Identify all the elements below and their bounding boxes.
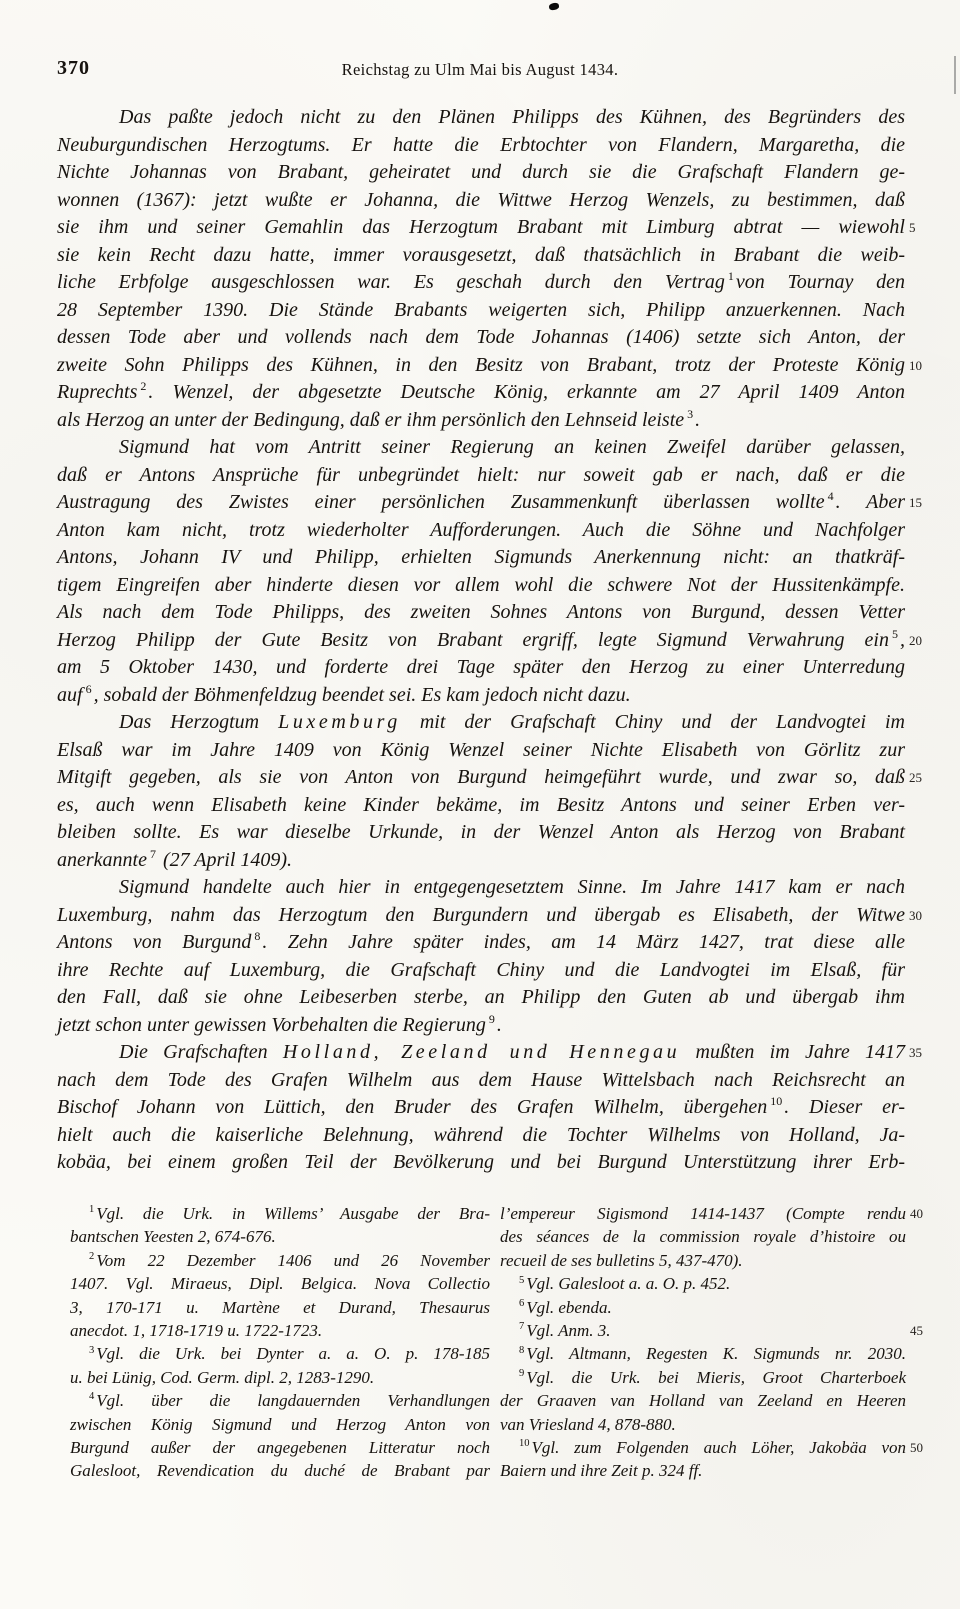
text-segment: . Wenzel, der abgesetzte Deutsche König,… <box>148 381 905 403</box>
footnote-ref: 3 <box>687 407 693 421</box>
text-segment: daß er Antons Ansprüche für unbegründet … <box>57 464 905 486</box>
text-segment: tigem Eingreifen aber hinderte diesen vo… <box>57 574 905 596</box>
text-segment: Burgund außer der angegebenen Litteratur… <box>70 1438 490 1457</box>
footnote-line: recueil de ses bulletins 5, 437-470). <box>500 1249 906 1272</box>
footnote-line: 1407. Vgl. Miraeus, Dipl. Belgica. Nova … <box>70 1272 490 1295</box>
margin-line-number: 40 <box>910 1202 950 1225</box>
footnote-ref: 4 <box>828 489 834 503</box>
text-segment: Bischof Johann von Lüttich, den Bruder d… <box>57 1096 767 1118</box>
footnotes: 1Vgl. die Urk. in Willems’ Ausgabe der B… <box>70 1202 906 1483</box>
text-segment: Als nach dem Tode Philipps, des zweiten … <box>57 601 905 623</box>
margin-line-number: 10 <box>909 352 951 380</box>
text-segment: Ruprechts <box>57 381 137 403</box>
body-text-line: Die Grafschaften Holland, Zeeland und He… <box>57 1039 905 1067</box>
running-title: Reichstag zu Ulm Mai bis August 1434. <box>0 60 960 80</box>
text-segment: Vgl. die Urk. in Willems’ Ausgabe der Br… <box>96 1204 490 1223</box>
body-text-line: Nichte Johannas von Brabant, geheiratet … <box>57 159 905 187</box>
body-text-line: bleiben sollte. Es war dieselbe Urkunde,… <box>57 819 905 847</box>
body-text-line: Sigmund hat vom Antritt seiner Regierung… <box>57 434 905 462</box>
body-text-line: auf6, sobald der Böhmenfeldzug beendet s… <box>57 682 905 710</box>
text-segment: mußten im Jahre 1417 <box>680 1041 905 1063</box>
text-segment: van Vriesland 4, 878-880. <box>500 1415 676 1434</box>
body-text-line: als Herzog an unter der Bedingung, daß e… <box>57 407 905 435</box>
body-text-line: Als nach dem Tode Philipps, des zweiten … <box>57 599 905 627</box>
body-text-line: Anton kam nicht, trotz wiederholter Auff… <box>57 517 905 545</box>
text-segment: sie kein Recht dazu hatte, immer vorausg… <box>57 244 905 266</box>
margin-line-number: 20 <box>909 627 951 655</box>
body-text-line: Elsaß war im Jahre 1409 von König Wenzel… <box>57 737 905 765</box>
footnote-ref: 8 <box>519 1345 524 1356</box>
body-text-line: wonnen (1367): jetzt wußte er Johanna, d… <box>57 187 905 215</box>
margin-line-number: 5 <box>909 214 951 242</box>
footnote-ref: 5 <box>519 1275 524 1286</box>
text-segment: jetzt schon unter gewissen Vorbehalten d… <box>57 1014 486 1036</box>
body-text-line: tigem Eingreifen aber hinderte diesen vo… <box>57 572 905 600</box>
text-segment: Das Herzogtum <box>119 711 278 733</box>
text-segment: anecdot. 1, 1718-1719 u. 1722-1723. <box>70 1321 322 1340</box>
text-segment: . <box>695 409 700 431</box>
footnote-ref: 10 <box>519 1438 530 1449</box>
text-segment: anerkannte <box>57 849 147 871</box>
text-segment: recueil de ses bulletins 5, 437-470). <box>500 1251 743 1270</box>
text-segment: Antons, Johann IV und Philipp, erhielten… <box>57 546 905 568</box>
body-text-line: Ruprechts2. Wenzel, der abgesetzte Deuts… <box>57 379 905 407</box>
text-segment: liche Erbfolge ausgeschlossen war. Es ge… <box>57 271 725 293</box>
body-text-line: Mitgift gegeben, als sie von Anton von B… <box>57 764 905 792</box>
text-segment: wonnen (1367): jetzt wußte er Johanna, d… <box>57 189 905 211</box>
text-segment: auf <box>57 684 83 706</box>
text-segment: (27 April 1409). <box>158 849 292 871</box>
text-segment: hielt auch die kaiserliche Belehnung, wä… <box>57 1124 905 1146</box>
body-text-line: liche Erbfolge ausgeschlossen war. Es ge… <box>57 269 905 297</box>
footnote-line: 2Vom 22 Dezember 1406 und 26 November <box>70 1249 490 1272</box>
text-segment: Sigmund handelte auch hier in entgegenge… <box>119 876 905 898</box>
text-segment: Luxemburg, nahm das Herzogtum den Burgun… <box>57 904 905 926</box>
footnotes-right-column: l’empereur Sigismond 1414-1437 (Compte r… <box>500 1202 906 1483</box>
body-text-line: jetzt schon unter gewissen Vorbehalten d… <box>57 1012 905 1040</box>
text-segment: den Fall, daß sie ohne Leibeserben sterb… <box>57 986 905 1008</box>
body-text-line: anerkannte7 (27 April 1409). <box>57 847 905 875</box>
body-text-line: 28 September 1390. Die Stände Brabants w… <box>57 297 905 325</box>
text-segment: Neuburgundischen Herzogtums. Er hatte di… <box>57 134 905 156</box>
footnote-line: 6Vgl. ebenda. <box>500 1296 906 1319</box>
text-segment: Vgl. Altmann, Regesten K. Sigmunds nr. 2… <box>526 1344 906 1363</box>
body-text-line: Antons, Johann IV und Philipp, erhielten… <box>57 544 905 572</box>
footnote-line: der Graaven van Holland van Zeeland en H… <box>500 1389 906 1412</box>
footnote-line: des séances de la commission royale d’hi… <box>500 1225 906 1248</box>
text-segment: kobäa, bei einem großen Teil der Bevölke… <box>57 1151 905 1173</box>
text-segment: von Tournay den <box>736 271 905 293</box>
footnote-line: 1Vgl. die Urk. in Willems’ Ausgabe der B… <box>70 1202 490 1225</box>
text-segment: . Aber <box>836 491 905 513</box>
margin-line-number: 50 <box>910 1436 950 1459</box>
footnote-line: 5Vgl. Galesloot a. a. O. p. 452. <box>500 1272 906 1295</box>
footnote-ref: 8 <box>254 929 260 943</box>
body-text-line: Bischof Johann von Lüttich, den Bruder d… <box>57 1094 905 1122</box>
text-segment: Nichte Johannas von Brabant, geheiratet … <box>57 161 905 183</box>
text-segment: Anton kam nicht, trotz wiederholter Auff… <box>57 519 905 541</box>
text-segment: . Dieser er- <box>784 1096 905 1118</box>
text-segment: Vgl. Galesloot a. a. O. p. 452. <box>526 1274 730 1293</box>
body-text-line: es, auch wenn Elisabeth keine Kinder bek… <box>57 792 905 820</box>
text-segment: zweite Sohn Philipps des Kühnen, in den … <box>57 354 905 376</box>
body-text: Das paßte jedoch nicht zu den Plänen Phi… <box>57 104 905 1177</box>
text-segment: des séances de la commission royale d’hi… <box>500 1227 906 1246</box>
footnote-ref: 9 <box>519 1368 524 1379</box>
text-segment: u. bei Lünig, Cod. Germ. dipl. 2, 1283-1… <box>70 1368 374 1387</box>
footnote-ref: 3 <box>89 1345 94 1356</box>
footnote-line: bantschen Yeesten 2, 674-676. <box>70 1225 490 1248</box>
text-segment: l’empereur Sigismond 1414-1437 (Compte r… <box>500 1204 906 1223</box>
text-segment: , <box>900 629 905 651</box>
text-segment: . Zehn Jahre später indes, am 14 März 14… <box>262 931 905 953</box>
footnote-line: Baiern und ihre Zeit p. 324 ff. <box>500 1459 906 1482</box>
text-segment: mit der Grafschaft Chiny und der Landvog… <box>401 711 905 733</box>
text-segment: Vgl. über die langdauernden Verhandlunge… <box>96 1391 490 1410</box>
body-text-line: Das paßte jedoch nicht zu den Plänen Phi… <box>57 104 905 132</box>
footnote-line: 8Vgl. Altmann, Regesten K. Sigmunds nr. … <box>500 1342 906 1365</box>
text-segment: . <box>497 1014 502 1036</box>
text-segment: Luxemburg <box>278 711 401 733</box>
footnote-line: Galesloot, Revendication du duché de Bra… <box>70 1459 490 1482</box>
text-segment: bantschen Yeesten 2, 674-676. <box>70 1227 276 1246</box>
text-segment: bleiben sollte. Es war dieselbe Urkunde,… <box>57 821 905 843</box>
body-text-line: dessen Tode aber und vollends nach dem T… <box>57 324 905 352</box>
body-text-line: kobäa, bei einem großen Teil der Bevölke… <box>57 1149 905 1177</box>
book-page: 370 Reichstag zu Ulm Mai bis August 1434… <box>0 0 960 1609</box>
text-segment: 28 September 1390. Die Stände Brabants w… <box>57 299 905 321</box>
footnote-ref: 2 <box>140 379 146 393</box>
body-text-line: Herzog Philipp der Gute Besitz von Braba… <box>57 627 905 655</box>
margin-line-number: 25 <box>909 764 951 792</box>
footnote-ref: 2 <box>89 1251 94 1262</box>
footnote-line: 4Vgl. über die langdauernden Verhandlung… <box>70 1389 490 1412</box>
text-segment: ihre Rechte auf Luxemburg, die Grafschaf… <box>57 959 905 981</box>
text-segment: Das paßte jedoch nicht zu den Plänen Phi… <box>119 106 905 128</box>
text-segment: 1407. Vgl. Miraeus, Dipl. Belgica. Nova … <box>70 1274 490 1293</box>
footnote-line: van Vriesland 4, 878-880. <box>500 1413 906 1436</box>
margin-line-number: 30 <box>909 902 951 930</box>
footnote-ref: 7 <box>519 1321 524 1332</box>
text-segment: sie ihm und seiner Gemahlin das Herzogtu… <box>57 216 905 238</box>
body-text-line: Das Herzogtum Luxemburg mit der Grafscha… <box>57 709 905 737</box>
footnote-ref: 10 <box>770 1094 782 1108</box>
body-text-line: Luxemburg, nahm das Herzogtum den Burgun… <box>57 902 905 930</box>
footnote-line: l’empereur Sigismond 1414-1437 (Compte r… <box>500 1202 906 1225</box>
text-segment: Vgl. Anm. 3. <box>526 1321 610 1340</box>
body-text-line: sie kein Recht dazu hatte, immer vorausg… <box>57 242 905 270</box>
body-text-line: am 5 Oktober 1430, und forderte drei Tag… <box>57 654 905 682</box>
footnote-line: 9Vgl. die Urk. bei Mieris, Groot Charter… <box>500 1366 906 1389</box>
text-segment: nach dem Tode des Grafen Wilhelm aus dem… <box>57 1069 905 1091</box>
body-text-line: sie ihm und seiner Gemahlin das Herzogtu… <box>57 214 905 242</box>
text-segment: Austragung des Zwistes einer persönliche… <box>57 491 825 513</box>
body-text-line: zweite Sohn Philipps des Kühnen, in den … <box>57 352 905 380</box>
margin-line-number: 45 <box>910 1319 950 1342</box>
text-segment: als Herzog an unter der Bedingung, daß e… <box>57 409 684 431</box>
text-segment: dessen Tode aber und vollends nach dem T… <box>57 326 905 348</box>
text-segment: Antons von Burgund <box>57 931 251 953</box>
footnote-line: zwischen König Sigmund und Herzog Anton … <box>70 1413 490 1436</box>
footnote-line: 3Vgl. die Urk. bei Dynter a. a. O. p. 17… <box>70 1342 490 1365</box>
footnote-ref: 6 <box>86 682 92 696</box>
scan-speck <box>548 2 559 11</box>
text-segment: Vgl. die Urk. bei Mieris, Groot Charterb… <box>526 1368 906 1387</box>
footnote-line: 7Vgl. Anm. 3.45 <box>500 1319 906 1342</box>
text-segment: Vgl. die Urk. bei Dynter a. a. O. p. 178… <box>96 1344 490 1363</box>
text-segment: Galesloot, Revendication du duché de Bra… <box>70 1461 490 1480</box>
text-segment: Elsaß war im Jahre 1409 von König Wenzel… <box>57 739 905 761</box>
text-segment: Vgl. zum Folgenden auch Löher, Jakobäa v… <box>532 1438 906 1457</box>
footnote-ref: 4 <box>89 1391 94 1402</box>
text-segment: Sigmund hat vom Antritt seiner Regierung… <box>119 436 905 458</box>
footnote-ref: 7 <box>150 847 156 861</box>
text-segment: Baiern und ihre Zeit p. 324 ff. <box>500 1461 702 1480</box>
text-segment: Vom 22 Dezember 1406 und 26 November <box>96 1251 490 1270</box>
body-text-line: den Fall, daß sie ohne Leibeserben sterb… <box>57 984 905 1012</box>
text-segment: Die Grafschaften <box>119 1041 283 1063</box>
body-text-line: hielt auch die kaiserliche Belehnung, wä… <box>57 1122 905 1150</box>
body-text-line: ihre Rechte auf Luxemburg, die Grafschaf… <box>57 957 905 985</box>
body-text-line: Sigmund handelte auch hier in entgegenge… <box>57 874 905 902</box>
footnote-ref: 6 <box>519 1298 524 1309</box>
text-segment: zwischen König Sigmund und Herzog Anton … <box>70 1415 490 1434</box>
text-segment: Mitgift gegeben, als sie von Anton von B… <box>57 766 905 788</box>
text-segment: Vgl. ebenda. <box>526 1298 611 1317</box>
body-text-line: nach dem Tode des Grafen Wilhelm aus dem… <box>57 1067 905 1095</box>
text-segment: am 5 Oktober 1430, und forderte drei Tag… <box>57 656 905 678</box>
margin-line-number: 15 <box>909 489 951 517</box>
body-text-line: Neuburgundischen Herzogtums. Er hatte di… <box>57 132 905 160</box>
footnote-ref: 1 <box>728 269 734 283</box>
footnote-line: u. bei Lünig, Cod. Germ. dipl. 2, 1283-1… <box>70 1366 490 1389</box>
footnote-line: 3, 170-171 u. Martène et Durand, Thesaur… <box>70 1296 490 1319</box>
text-segment: es, auch wenn Elisabeth keine Kinder bek… <box>57 794 905 816</box>
footnote-ref: 1 <box>89 1204 94 1215</box>
footnote-ref: 9 <box>489 1012 495 1026</box>
body-text-line: Antons von Burgund8. Zehn Jahre später i… <box>57 929 905 957</box>
margin-line-number: 35 <box>909 1039 951 1067</box>
footnote-line: anecdot. 1, 1718-1719 u. 1722-1723. <box>70 1319 490 1342</box>
text-segment: Herzog Philipp der Gute Besitz von Braba… <box>57 629 889 651</box>
footnotes-left-column: 1Vgl. die Urk. in Willems’ Ausgabe der B… <box>70 1202 490 1483</box>
text-segment: der Graaven van Holland van Zeeland en H… <box>500 1391 906 1410</box>
footnote-line: 10Vgl. zum Folgenden auch Löher, Jakobäa… <box>500 1436 906 1459</box>
footnote-ref: 5 <box>892 627 898 641</box>
body-text-line: daß er Antons Ansprüche für unbegründet … <box>57 462 905 490</box>
text-segment: 3, 170-171 u. Martène et Durand, Thesaur… <box>70 1298 490 1317</box>
body-text-line: Austragung des Zwistes einer persönliche… <box>57 489 905 517</box>
footnote-line: Burgund außer der angegebenen Litteratur… <box>70 1436 490 1459</box>
text-segment: Holland, Zeeland und Hennegau <box>283 1041 680 1063</box>
text-segment: , sobald der Böhmenfeldzug beendet sei. … <box>94 684 631 706</box>
